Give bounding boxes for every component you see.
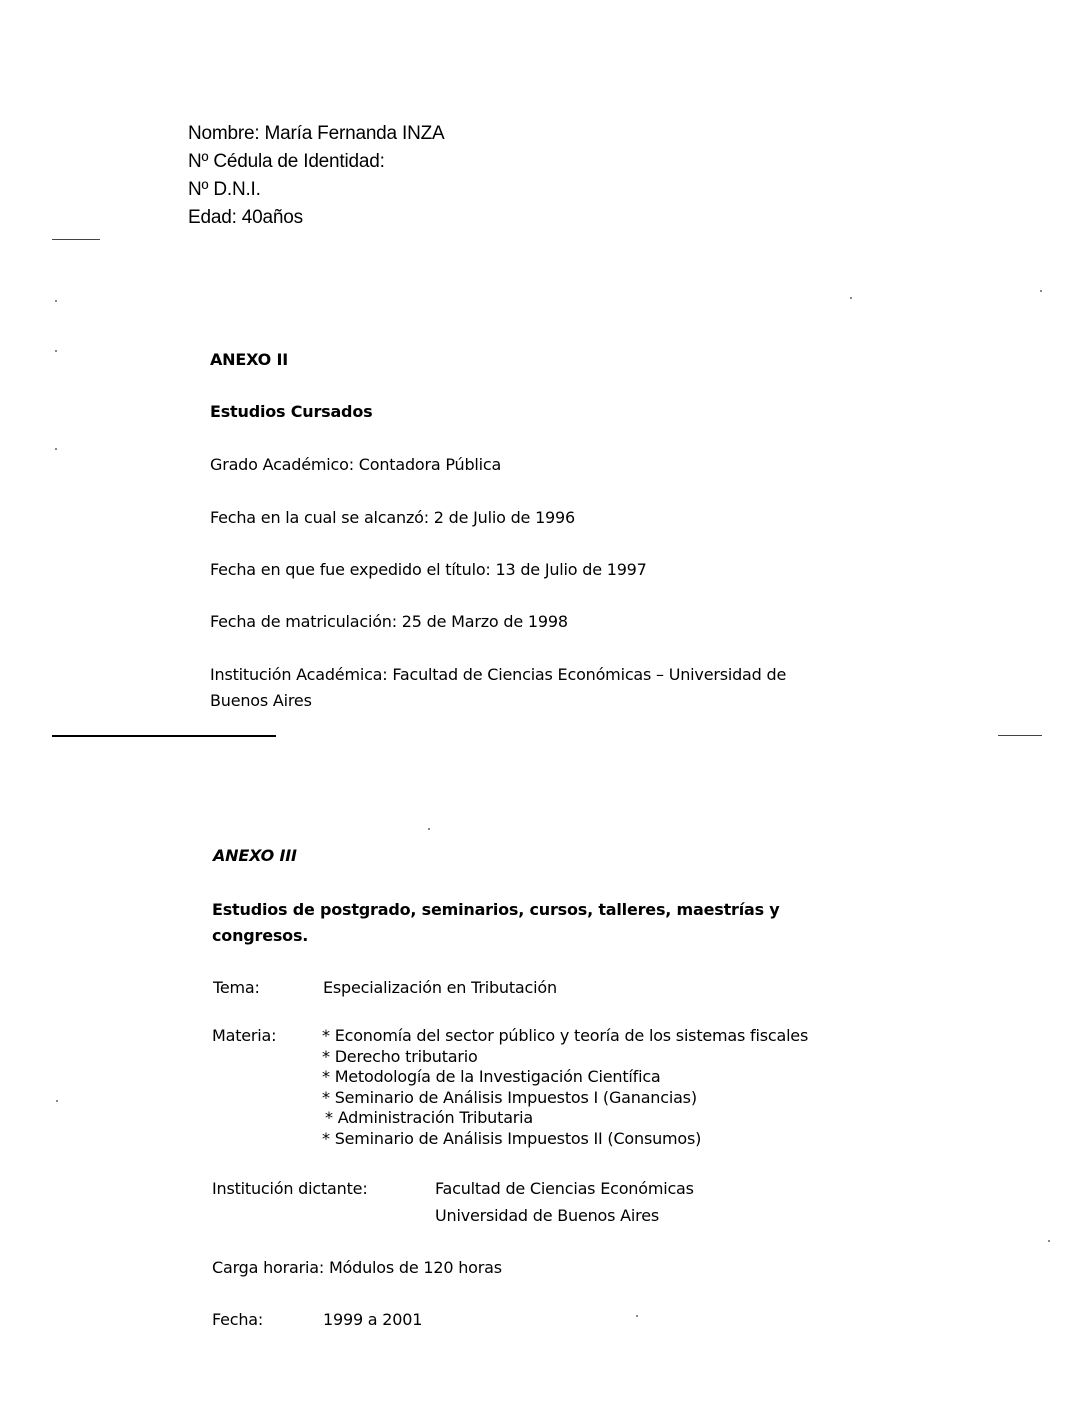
- grado-academico: Grado Académico: Contadora Pública: [210, 455, 501, 474]
- anexo3-subtitle-line1: Estudios de postgrado, seminarios, curso…: [212, 900, 780, 919]
- cedula-line: Nº Cédula de Identidad:: [188, 148, 444, 176]
- fecha-value: 1999 a 2001: [323, 1310, 422, 1329]
- materia-item: Administración Tributaria: [322, 1108, 808, 1129]
- scan-speck: [55, 448, 57, 450]
- materia-list: Economía del sector público y teoría de …: [322, 1026, 808, 1149]
- institucion-academica-line2: Buenos Aires: [210, 691, 312, 710]
- scan-speck: [55, 300, 57, 302]
- materia-item: Economía del sector público y teoría de …: [322, 1026, 808, 1047]
- scan-speck: [56, 1100, 58, 1102]
- dni-line: Nº D.N.I.: [188, 176, 444, 204]
- tema-value: Especialización en Tributación: [323, 978, 557, 997]
- anexo3-title: ANEXO III: [213, 846, 297, 865]
- fecha-matriculacion: Fecha de matriculación: 25 de Marzo de 1…: [210, 612, 568, 631]
- institucion-dictante-line1: Facultad de Ciencias Económicas: [435, 1179, 694, 1198]
- institucion-dictante-line2: Universidad de Buenos Aires: [435, 1206, 659, 1225]
- scan-speck: [55, 350, 57, 352]
- tema-label: Tema:: [213, 978, 260, 997]
- scan-speck: [1048, 1240, 1050, 1242]
- materia-item: Seminario de Análisis Impuestos II (Cons…: [322, 1129, 808, 1150]
- fecha-label: Fecha:: [212, 1310, 263, 1329]
- section-divider-left: [52, 735, 276, 737]
- institucion-academica-line1: Institución Académica: Facultad de Cienc…: [210, 665, 786, 684]
- scan-speck: [636, 1315, 638, 1317]
- scan-mark-left-top: [52, 239, 100, 240]
- edad-line: Edad: 40años: [188, 204, 444, 232]
- personal-info: Nombre: María Fernanda INZA Nº Cédula de…: [188, 120, 444, 232]
- fecha-alcanzo: Fecha en la cual se alcanzó: 2 de Julio …: [210, 508, 575, 527]
- nombre-line: Nombre: María Fernanda INZA: [188, 120, 444, 148]
- scan-speck: [1040, 290, 1042, 292]
- materia-label: Materia:: [212, 1026, 276, 1045]
- anexo2-title: ANEXO II: [210, 350, 288, 369]
- institucion-dictante-label: Institución dictante:: [212, 1179, 368, 1198]
- anexo3-subtitle-line2: congresos.: [212, 926, 308, 945]
- section-divider-right: [998, 735, 1042, 736]
- carga-horaria: Carga horaria: Módulos de 120 horas: [212, 1258, 502, 1277]
- scan-speck: [428, 828, 430, 830]
- materia-item: Metodología de la Investigación Científi…: [322, 1067, 808, 1088]
- materia-item: Seminario de Análisis Impuestos I (Ganan…: [322, 1088, 808, 1109]
- fecha-expedido: Fecha en que fue expedido el título: 13 …: [210, 560, 647, 579]
- anexo2-subtitle: Estudios Cursados: [210, 402, 372, 421]
- scan-speck: [850, 297, 852, 299]
- materia-item: Derecho tributario: [322, 1047, 808, 1068]
